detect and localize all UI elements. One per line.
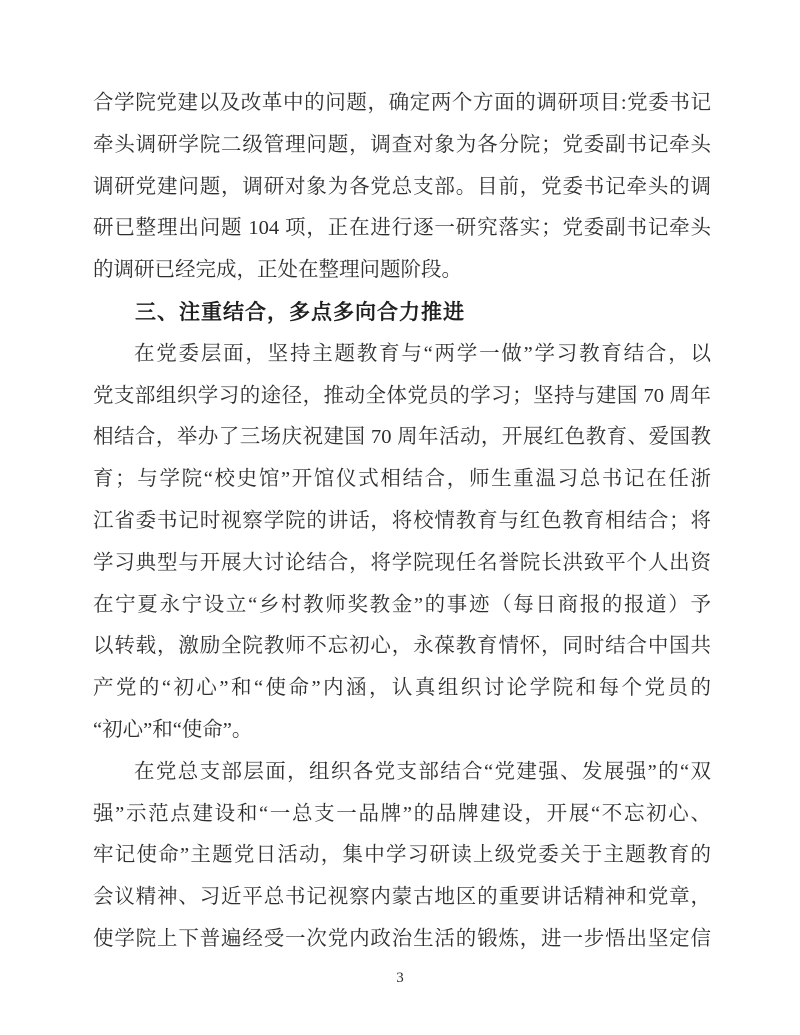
text-line: 调研党建问题，调研对象为各党总支部。目前，党委书记牵头的调 <box>93 167 711 209</box>
text-line: 产党的“初心”和“使命”内涵，认真组织讨论学院和每个党员的 <box>93 668 711 710</box>
text-line: 牢记使命”主题党日活动，集中学习研读上级党委关于主题教育的 <box>93 835 711 877</box>
text-line: 强”示范点建设和“一总支一品牌”的品牌建设，开展“不忘初心、 <box>93 794 711 836</box>
text-line: 合学院党建以及改革中的问题，确定两个方面的调研项目:党委书记 <box>93 83 711 125</box>
text-line: 以转载，激励全院教师不忘初心，永葆教育情怀，同时结合中国共 <box>93 626 711 668</box>
text-line: 的调研已经完成，正处在整理问题阶段。 <box>93 250 711 292</box>
text-line: 研已整理出问题 104 项，正在进行逐一研究落实；党委副书记牵头 <box>93 208 711 250</box>
text-line: 牵头调研学院二级管理问题，调查对象为各分院；党委副书记牵头 <box>93 125 711 167</box>
document-page: 合学院党建以及改革中的问题，确定两个方面的调研项目:党委书记牵头调研学院二级管理… <box>0 0 800 1035</box>
text-line: 党支部组织学习的途径，推动全体党员的学习；坚持与建国 70 周年 <box>93 376 711 418</box>
page-number: 3 <box>0 968 800 988</box>
text-line: 在党委层面，坚持主题教育与“两学一做”学习教育结合，以 <box>93 334 711 376</box>
text-line: 学习典型与开展大讨论结合，将学院现任名誉院长洪致平个人出资 <box>93 543 711 585</box>
text-line: 在党总支部层面，组织各党支部结合“党建强、发展强”的“双 <box>93 752 711 794</box>
section-heading: 三、注重结合，多点多向合力推进 <box>93 292 711 334</box>
text-line: 江省委书记时视察学院的讲话，将校情教育与红色教育相结合；将 <box>93 501 711 543</box>
text-line: 相结合，举办了三场庆祝建国 70 周年活动，开展红色教育、爱国教 <box>93 417 711 459</box>
text-line: 育；与学院“校史馆”开馆仪式相结合，师生重温习总书记在任浙 <box>93 459 711 501</box>
document-body: 合学院党建以及改革中的问题，确定两个方面的调研项目:党委书记牵头调研学院二级管理… <box>93 83 711 961</box>
text-line: 在宁夏永宁设立“乡村教师奖教金”的事迹（每日商报的报道）予 <box>93 585 711 627</box>
text-line: 使学院上下普遍经受一次党内政治生活的锻炼，进一步悟出坚定信 <box>93 919 711 961</box>
text-line: “初心”和“使命”。 <box>93 710 711 752</box>
text-line: 会议精神、习近平总书记视察内蒙古地区的重要讲话精神和党章， <box>93 877 711 919</box>
